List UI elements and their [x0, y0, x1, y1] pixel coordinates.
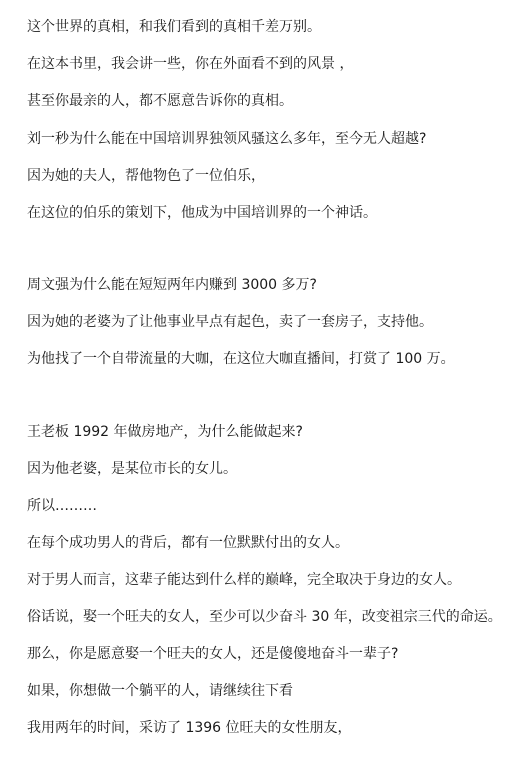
document-page: 这个世界的真相，和我们看到的真相千差万别。 在这本书里，我会讲一些，你在外面看不… — [0, 0, 513, 757]
paragraph-line: 为他找了一个自带流量的大咖，在这位大咖直播间，打赏了 100 万。 — [27, 349, 455, 369]
paragraph-line: 周文强为什么能在短短两年内赚到 3000 多万? — [27, 275, 317, 295]
paragraph-line: 因为她的老婆为了让他事业早点有起色，卖了一套房子，支持他。 — [27, 312, 433, 332]
paragraph-line: 在这位的伯乐的策划下，他成为中国培训界的一个神话。 — [27, 203, 377, 223]
paragraph-line: 所以……… — [27, 496, 97, 516]
paragraph-line: 王老板 1992 年做房地产，为什么能做起来? — [27, 422, 303, 442]
paragraph-line: 如果，你想做一个躺平的人，请继续往下看 — [27, 681, 293, 701]
paragraph-line: 在这本书里，我会讲一些，你在外面看不到的风景 ， — [27, 54, 353, 74]
paragraph-line: 那么，你是愿意娶一个旺夫的女人，还是傻傻地奋斗一辈子? — [27, 644, 398, 664]
paragraph-line: 对于男人而言，这辈子能达到什么样的巅峰，完全取决于身边的女人。 — [27, 570, 461, 590]
paragraph-line: 因为他老婆，是某位市长的女儿。 — [27, 459, 237, 479]
paragraph-line: 在每个成功男人的背后，都有一位默默付出的女人。 — [27, 533, 349, 553]
paragraph-line: 刘一秒为什么能在中国培训界独领风骚这么多年，至今无人超越? — [27, 129, 426, 149]
paragraph-line: 我用两年的时间，采访了 1396 位旺夫的女性朋友， — [27, 718, 352, 738]
paragraph-line: 俗话说，娶一个旺夫的女人，至少可以少奋斗 30 年，改变祖宗三代的命运。 — [27, 607, 502, 627]
paragraph-line: 甚至你最亲的人，都不愿意告诉你的真相。 — [27, 91, 293, 111]
paragraph-line: 因为她的夫人，帮他物色了一位伯乐， — [27, 166, 265, 186]
paragraph-line: 这个世界的真相，和我们看到的真相千差万别。 — [27, 17, 321, 37]
